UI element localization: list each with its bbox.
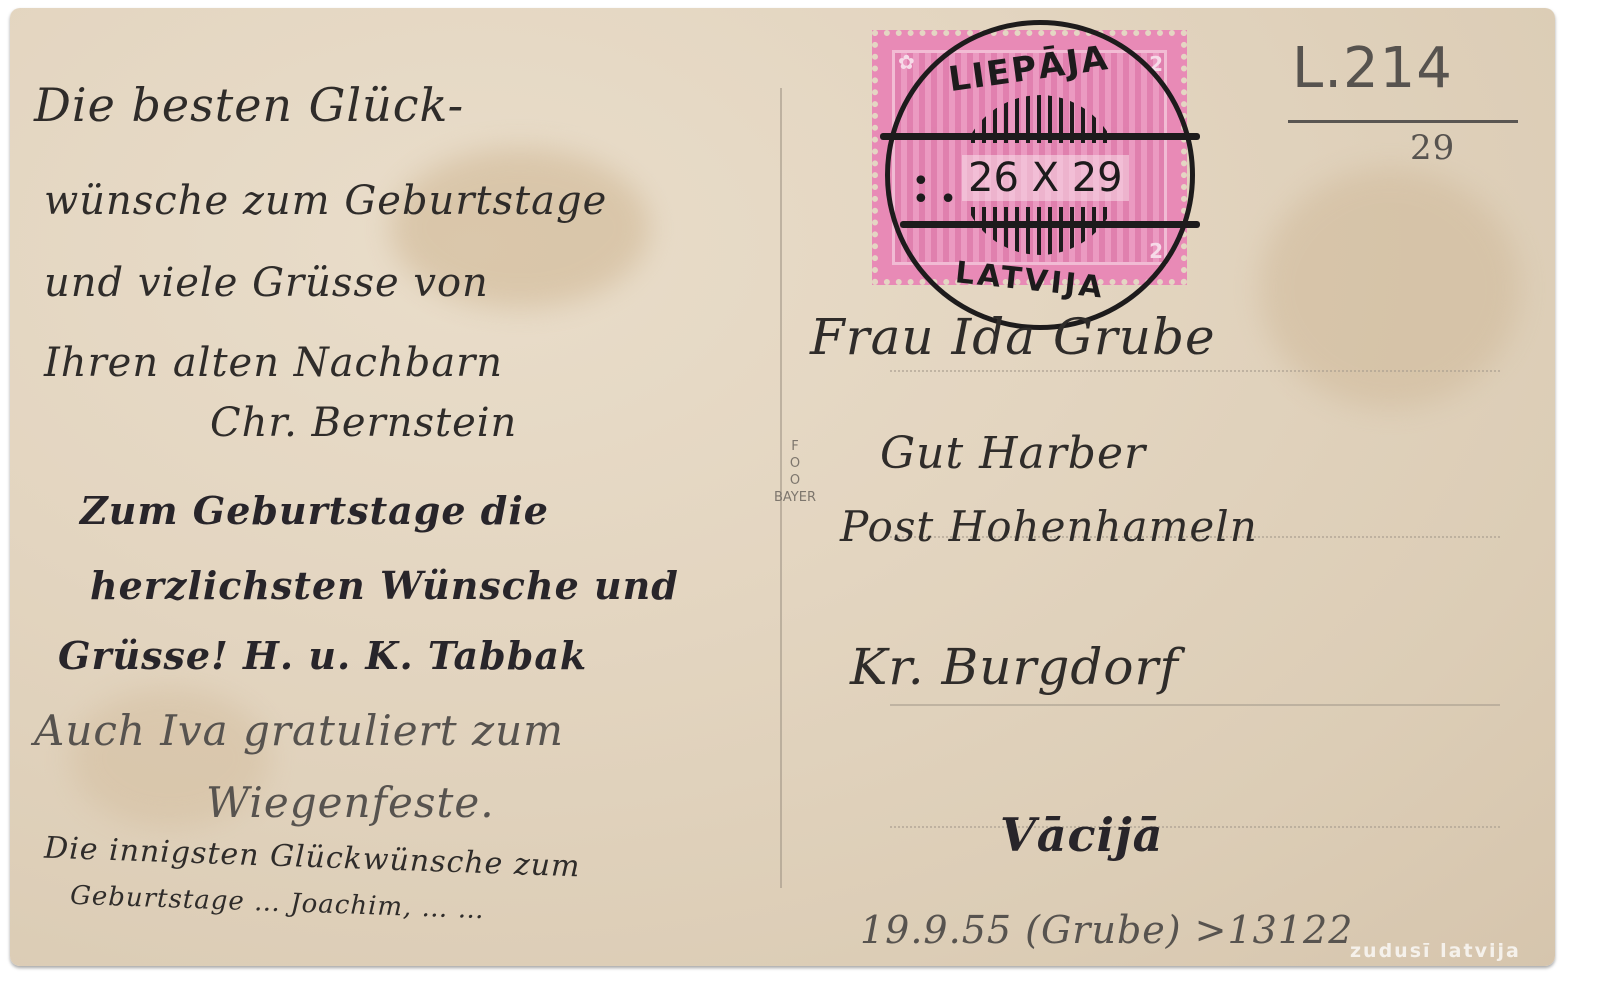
message-line: Auch Iva gratuliert zum [34, 706, 564, 755]
address-line-post: Post Hohenhameln [840, 502, 1258, 551]
postmark-bar [880, 133, 1200, 140]
message-line: Die innigsten Glückwünsche zum [44, 831, 582, 885]
postcard: Die besten Glück- wünsche zum Geburtstag… [10, 8, 1555, 966]
signature-bernstein: Chr. Bernstein [210, 400, 517, 446]
postmark-dots-icon: •• • [912, 173, 957, 209]
stamp-rosette-icon: ✿ [898, 50, 915, 74]
archive-note: 19.9.55 (Grube) >13122 [860, 908, 1353, 952]
postmark-bar [900, 221, 1200, 228]
message-line: Die besten Glück- [34, 78, 464, 132]
printer-mark-line: F [774, 438, 816, 455]
message-line: wünsche zum Geburtstage [44, 178, 607, 224]
paper-stain [1260, 168, 1520, 408]
message-line: herzlichsten Wünsche und [90, 563, 679, 608]
address-line [890, 826, 1500, 828]
reference-sub: 29 [1410, 128, 1455, 168]
address-recipient: Frau Ida Grube [810, 308, 1216, 366]
printer-mark-line: O [774, 472, 816, 489]
message-line: Ihren alten Nachbarn [44, 340, 503, 386]
message-line: Zum Geburtstage die [80, 488, 549, 533]
printer-mark-line: O [774, 455, 816, 472]
postmark-city: LIEPĀJA [946, 38, 1112, 100]
postmark-cancel: LIEPĀJA •• • 26 X 29 LATVIJA [885, 20, 1195, 330]
printer-mark-line: BAYER [774, 489, 816, 506]
address-line-district: Kr. Burgdorf [850, 638, 1179, 696]
address-line [890, 704, 1500, 706]
printer-mark: F O O BAYER [774, 438, 816, 506]
postmark-country: LATVIJA [954, 255, 1107, 306]
watermark: zudusī latvija [1350, 940, 1521, 962]
address-line-country: Vācijā [1000, 808, 1163, 862]
reference-code: L.214 [1292, 36, 1453, 101]
message-line: Wiegenfeste. [206, 778, 495, 827]
reference-underline [1288, 120, 1518, 123]
address-line [890, 370, 1500, 372]
postmark-date: 26 X 29 [962, 155, 1129, 201]
signature-tabbak: Grüsse! H. u. K. Tabbak [58, 633, 587, 678]
address-line-estate: Gut Harber [880, 428, 1146, 479]
message-line: und viele Grüsse von [44, 260, 489, 306]
message-line: Geburtstage … Joachim, … … [70, 881, 486, 925]
